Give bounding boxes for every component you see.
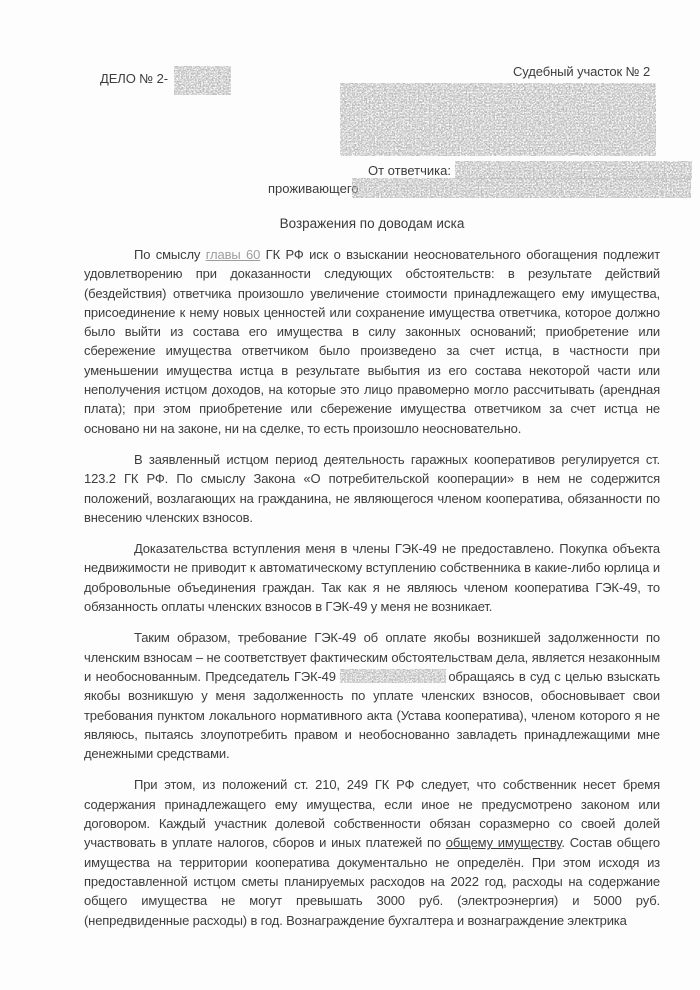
scanned-legal-document-page: ДЕЛО № 2- Судебный участок № 2 От ответч… bbox=[0, 0, 700, 990]
case-number-label: ДЕЛО № 2- bbox=[100, 71, 168, 86]
chapter-60-link: главы 60 bbox=[206, 247, 260, 262]
common-property-underlined: общему имуществу bbox=[446, 835, 562, 850]
paragraph-cooperative-law: В заявленный истцом период деятельность … bbox=[84, 450, 660, 527]
residing-label: проживающего bbox=[268, 181, 359, 196]
court-station-label: Судебный участок № 2 bbox=[513, 64, 650, 79]
redacted-court-address-block bbox=[340, 83, 656, 156]
redacted-case-number bbox=[174, 66, 231, 95]
paragraph-property-maintenance: При этом, из положений ст. 210, 249 ГК Р… bbox=[84, 775, 660, 929]
paragraph-claim-unlawful: Таким образом, требование ГЭК-49 об опла… bbox=[84, 628, 660, 763]
redacted-defendant-name bbox=[455, 161, 692, 179]
from-defendant-label: От ответчика: bbox=[368, 163, 451, 178]
redacted-chairman-name bbox=[340, 669, 446, 683]
paragraph-no-membership-proof: Доказательства вступления меня в члены Г… bbox=[84, 539, 660, 616]
paragraph-unjust-enrichment: По смыслу главы 60 ГК РФ иск о взыскании… bbox=[84, 245, 660, 438]
document-body: По смыслу главы 60 ГК РФ иск о взыскании… bbox=[84, 245, 660, 942]
document-title: Возражения по доводам иска bbox=[84, 216, 660, 231]
redacted-defendant-address bbox=[352, 178, 691, 198]
